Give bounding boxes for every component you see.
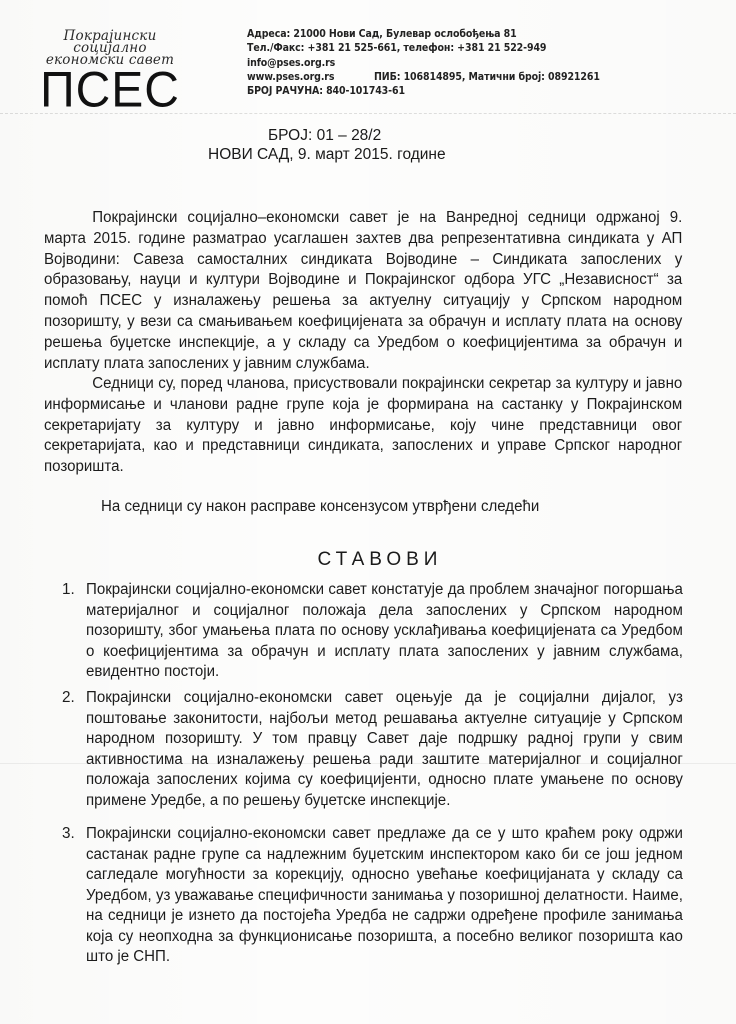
reference-number: БРОЈ: 01 – 28/2 bbox=[208, 126, 446, 145]
bank-account: БРОЈ РАЧУНА: 840-101743-61 bbox=[247, 84, 546, 98]
letterhead-contact: Адреса: 21000 Нови Сад, Булевар ослобође… bbox=[247, 27, 546, 98]
place-and-date: НОВИ САД, 9. март 2015. године bbox=[208, 145, 446, 164]
list-item: 1. Покрајински социјално-економски савет… bbox=[62, 580, 692, 683]
letterhead-divider bbox=[0, 113, 736, 115]
phone-fax: Тел./Факс: +381 21 525-661, телефон: +38… bbox=[247, 41, 546, 55]
conclusion-lead-paragraph: На седници су након расправе консензусом… bbox=[101, 497, 736, 518]
attendance-paragraph: Седници су, поред чланова, присуствовали… bbox=[44, 374, 682, 478]
website: www.pses.org.rs bbox=[247, 71, 334, 83]
email-address: info@pses.org.rs bbox=[247, 56, 546, 70]
document-reference: БРОЈ: 01 – 28/2 НОВИ САД, 9. март 2015. … bbox=[208, 126, 446, 164]
list-item: 3. Покрајински социјално-економски савет… bbox=[62, 824, 692, 968]
list-item-text: Покрајински социјално-економски савет пр… bbox=[86, 824, 683, 968]
logo-acronym: ПСЕС bbox=[30, 67, 190, 115]
address: Адреса: 21000 Нови Сад, Булевар ослобође… bbox=[247, 27, 546, 41]
list-item: 2. Покрајински социјално-економски савет… bbox=[62, 688, 692, 811]
section-heading: СТАВОВИ bbox=[0, 549, 736, 571]
organization-logo: Покрајински социјално економски савет ПС… bbox=[30, 30, 190, 114]
tax-ids: ПИБ: 106814895, Матични број: 08921261 bbox=[374, 70, 600, 84]
list-item-text: Покрајински социјално-економски савет оц… bbox=[86, 688, 683, 811]
list-item-number: 3. bbox=[62, 824, 86, 845]
org-name-line-1: Покрајински социјално bbox=[30, 30, 190, 54]
list-item-number: 2. bbox=[62, 688, 86, 709]
website-row: www.pses.org.rs ПИБ: 106814895, Матични … bbox=[247, 70, 546, 84]
list-item-text: Покрајински социјално-економски савет ко… bbox=[86, 580, 683, 683]
list-item-number: 1. bbox=[62, 580, 86, 601]
intro-paragraph: Покрајински социјално–економски савет је… bbox=[44, 208, 682, 374]
